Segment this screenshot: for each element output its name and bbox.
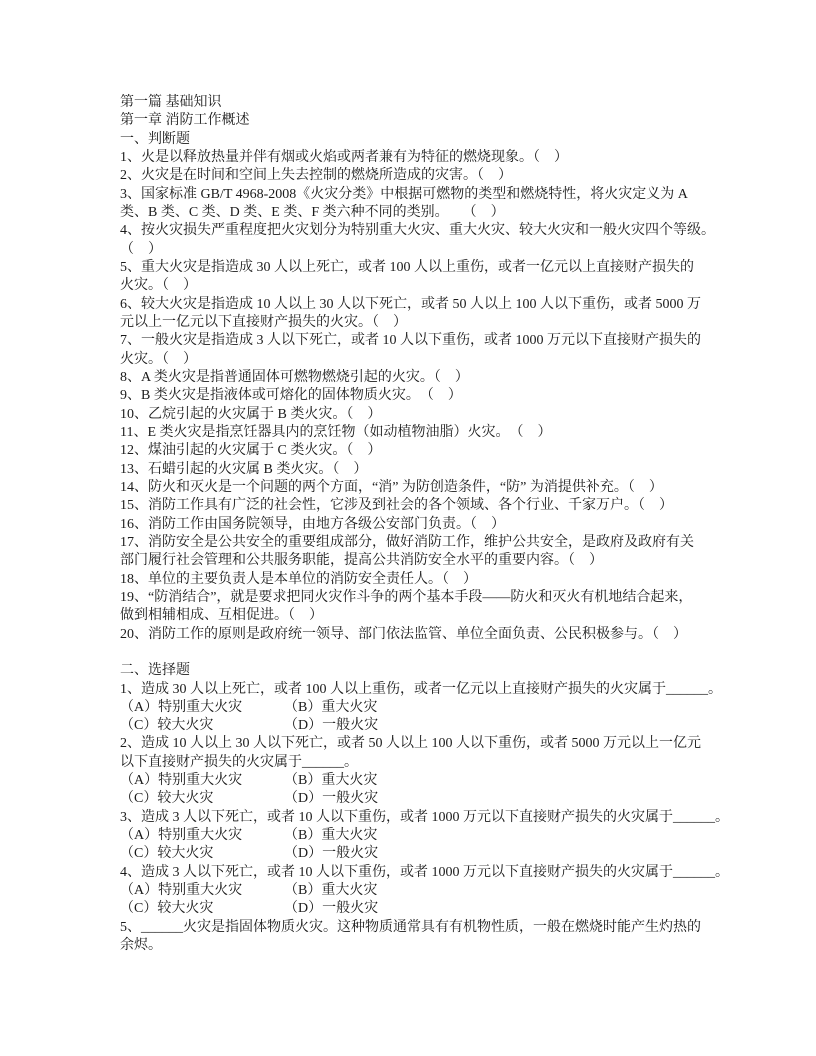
choice-question-line: 以下直接财产损失的火灾属于______。	[120, 754, 770, 772]
judgment-question-line: 火灾。（ ）	[120, 277, 770, 295]
choice-question-line: 4、造成 3 人以下死亡，或者 10 人以下重伤，或者 1000 万元以下直接财…	[120, 864, 770, 882]
choice-question-line: 1、造成 30 人以上死亡，或者 100 人以上重伤，或者一亿元以上直接财产损失…	[120, 681, 770, 699]
judgment-question-line: 2、火灾是在时间和空间上失去控制的燃烧所造成的灾害。（ ）	[120, 167, 770, 185]
judgment-question-line: 14、防火和灭火是一个问题的两个方面，“消” 为防创造条件，“防” 为消提供补充…	[120, 479, 770, 497]
document-page: 第一篇 基础知识 第一章 消防工作概述 一、判断题 1、火是以释放热量并伴有烟或…	[0, 0, 816, 1056]
judgment-question-line: 火灾。（ ）	[120, 351, 770, 369]
option-d-label: （D）一般火灾	[284, 717, 378, 735]
judgment-question-line: （ ）	[120, 241, 770, 259]
option-a-label: （A）特别重大火灾	[120, 882, 284, 900]
option-a-label: （A）特别重大火灾	[120, 699, 284, 717]
judgment-question-line: 20、消防工作的原则是政府统一领导、部门依法监管、单位全面负责、公民积极参与。（…	[120, 626, 770, 644]
judgment-question-line: 15、消防工作具有广泛的社会性，它涉及到社会的各个领域、各个行业、千家万户。（ …	[120, 497, 770, 515]
judgment-question-line: 1、火是以释放热量并伴有烟或火焰或两者兼有为特征的燃烧现象。（ ）	[120, 149, 770, 167]
option-a-label: （A）特别重大火灾	[120, 827, 284, 845]
judgment-question-line: 19、“防消结合”，就是要求把同火灾作斗争的两个基本手段——防火和灭火有机地结合…	[120, 589, 770, 607]
option-b-label: （B）重大火灾	[284, 827, 377, 845]
option-row: （C）较大火灾（D）一般火灾	[120, 790, 770, 808]
part-title: 第一篇 基础知识	[120, 94, 770, 112]
option-c-label: （C）较大火灾	[120, 900, 284, 918]
judgment-question-line: 12、煤油引起的火灾属于 C 类火灾。（ ）	[120, 442, 770, 460]
option-row: （A）特别重大火灾（B）重大火灾	[120, 827, 770, 845]
choice-question-line: 余烬。	[120, 937, 770, 955]
option-b-label: （B）重大火灾	[284, 882, 377, 900]
judgment-question-line: 5、重大火灾是指造成 30 人以上死亡，或者 100 人以上重伤，或者一亿元以上…	[120, 259, 770, 277]
document-body: 第一篇 基础知识 第一章 消防工作概述 一、判断题 1、火是以释放热量并伴有烟或…	[120, 94, 770, 955]
judgment-question-line: 部门履行社会管理和公共服务职能，提高公共消防安全水平的重要内容。（ ）	[120, 552, 770, 570]
judgment-question-line: 13、石蜡引起的火灾属 B 类火灾。（ ）	[120, 461, 770, 479]
blank-line	[120, 644, 770, 662]
option-c-label: （C）较大火灾	[120, 790, 284, 808]
judgment-question-line: 18、单位的主要负责人是本单位的消防安全责任人。（ ）	[120, 571, 770, 589]
option-a-label: （A）特别重大火灾	[120, 772, 284, 790]
judgment-question-line: 9、B 类火灾是指液体或可熔化的固体物质火灾。 （ ）	[120, 387, 770, 405]
choice-question-line: 5、______火灾是指固体物质火灾。这种物质通常具有有机物性质，一般在燃烧时能…	[120, 919, 770, 937]
option-row: （A）特别重大火灾（B）重大火灾	[120, 772, 770, 790]
section2-heading: 二、选择题	[120, 662, 770, 680]
judgment-question-line: 做到相辅相成、互相促进。（ ）	[120, 607, 770, 625]
option-d-label: （D）一般火灾	[284, 790, 378, 808]
option-row: （C）较大火灾（D）一般火灾	[120, 900, 770, 918]
option-row: （C）较大火灾（D）一般火灾	[120, 717, 770, 735]
judgment-question-line: 元以上一亿元以下直接财产损失的火灾。（ ）	[120, 314, 770, 332]
option-row: （A）特别重大火灾（B）重大火灾	[120, 882, 770, 900]
option-d-label: （D）一般火灾	[284, 900, 378, 918]
chapter-title: 第一章 消防工作概述	[120, 112, 770, 130]
judgment-question-list: 1、火是以释放热量并伴有烟或火焰或两者兼有为特征的燃烧现象。（ ）2、火灾是在时…	[120, 149, 770, 644]
judgment-question-line: 11、E 类火灾是指烹饪器具内的烹饪物（如动植物油脂）火灾。 （ ）	[120, 424, 770, 442]
judgment-question-line: 8、A 类火灾是指普通固体可燃物燃烧引起的火灾。（ ）	[120, 369, 770, 387]
section1-heading: 一、判断题	[120, 131, 770, 149]
judgment-question-line: 10、乙烷引起的火灾属于 B 类火灾。（ ）	[120, 406, 770, 424]
judgment-question-line: 6、较大火灾是指造成 10 人以上 30 人以下死亡，或者 50 人以上 100…	[120, 296, 770, 314]
option-row: （C）较大火灾（D）一般火灾	[120, 845, 770, 863]
judgment-question-line: 7、一般火灾是指造成 3 人以下死亡，或者 10 人以下重伤，或者 1000 万…	[120, 332, 770, 350]
choice-question-line: 2、造成 10 人以上 30 人以下死亡，或者 50 人以上 100 人以下重伤…	[120, 735, 770, 753]
judgment-question-line: 类、B 类、C 类、D 类、E 类、F 类六种不同的类别。 （ ）	[120, 204, 770, 222]
judgment-question-line: 4、按火灾损失严重程度把火灾划分为特别重大火灾、重大火灾、较大火灾和一般火灾四个…	[120, 222, 770, 240]
option-c-label: （C）较大火灾	[120, 717, 284, 735]
judgment-question-line: 3、国家标准 GB/T 4968-2008《火灾分类》中根据可燃物的类型和燃烧特…	[120, 186, 770, 204]
option-d-label: （D）一般火灾	[284, 845, 378, 863]
choice-question-list: 1、造成 30 人以上死亡，或者 100 人以上重伤，或者一亿元以上直接财产损失…	[120, 681, 770, 956]
judgment-question-line: 16、消防工作由国务院领导，由地方各级公安部门负责。（ ）	[120, 516, 770, 534]
option-b-label: （B）重大火灾	[284, 772, 377, 790]
option-c-label: （C）较大火灾	[120, 845, 284, 863]
option-b-label: （B）重大火灾	[284, 699, 377, 717]
choice-question-line: 3、造成 3 人以下死亡，或者 10 人以下重伤，或者 1000 万元以下直接财…	[120, 809, 770, 827]
option-row: （A）特别重大火灾（B）重大火灾	[120, 699, 770, 717]
judgment-question-line: 17、消防安全是公共安全的重要组成部分，做好消防工作，维护公共安全，是政府及政府…	[120, 534, 770, 552]
